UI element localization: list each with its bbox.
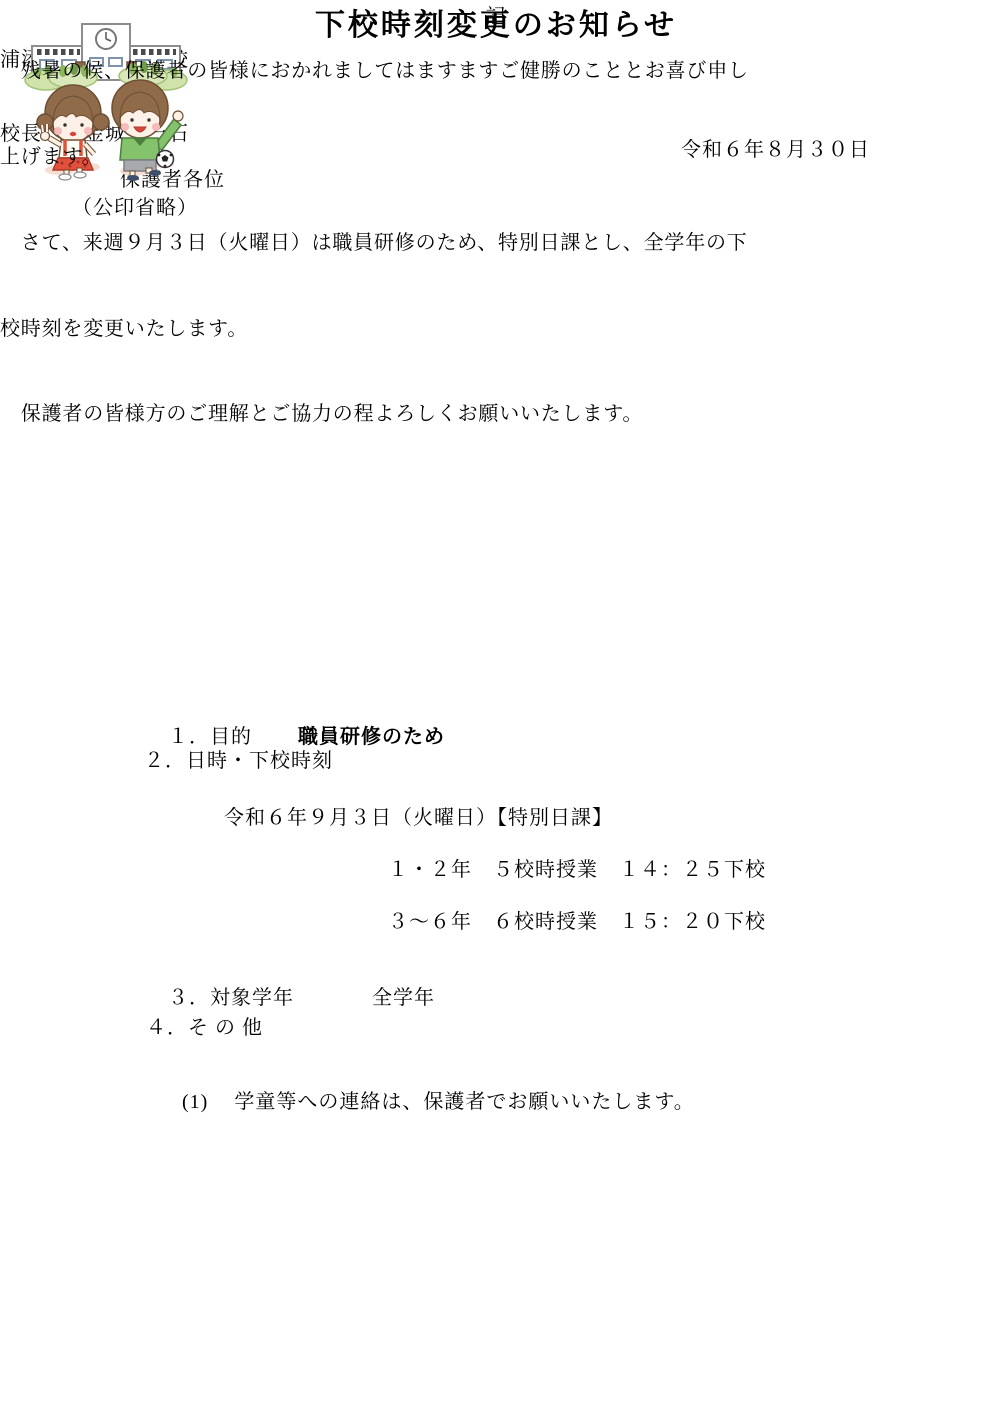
schedule-line-grades-3-6: ３～６年 ６校時授業 １５：２０下校 xyxy=(388,910,766,934)
body-text: 残暑の候、保護者の皆様におかれましてはますますご健勝のこととお喜び申し 上げます… xyxy=(0,0,749,486)
item-purpose-label: １．目的 xyxy=(168,726,252,748)
schedule-line-grades-1-2: １・２年 ５校時授業 １４：２５下校 xyxy=(388,858,766,882)
notice-document-page: 令和６年８月３０日 保護者各位 浦添市立仲西小学校 校長 金城 一石 （公印省略… xyxy=(0,0,992,1403)
other-item-1-text: 学童等への連絡は、保護者でお願いいたします。 xyxy=(234,1091,694,1113)
item-grades-label: ３．対象学年 xyxy=(168,987,294,1009)
body-line: 残暑の候、保護者の皆様におかれましてはますますご健勝のこととお喜び申し xyxy=(0,57,749,86)
other-item-1-marker: (1) xyxy=(182,1091,208,1113)
other-item-1: (1)学童等への連絡は、保護者でお願いいたします。 xyxy=(158,1066,695,1138)
schedule-date: 令和６年９月３日（火曜日）【特別日課】 xyxy=(224,806,613,830)
item-grades-value: 全学年 xyxy=(372,987,435,1009)
item-datetime-label: ２．日時・下校時刻 xyxy=(144,749,333,773)
body-line: さて、来週９月３日（火曜日）は職員研修のため、特別日課とし、全学年の下 xyxy=(0,229,749,258)
body-line: 校時刻を変更いたします。 xyxy=(0,315,749,344)
record-marker: 記 xyxy=(0,0,992,29)
body-line: 上げます。 xyxy=(0,143,749,172)
item-purpose-value: 職員研修のため xyxy=(298,726,445,748)
item-other-label: ４．そ の 他 xyxy=(146,1016,263,1040)
body-line: 保護者の皆様方のご理解とご協力の程よろしくお願いいたします。 xyxy=(0,400,749,429)
